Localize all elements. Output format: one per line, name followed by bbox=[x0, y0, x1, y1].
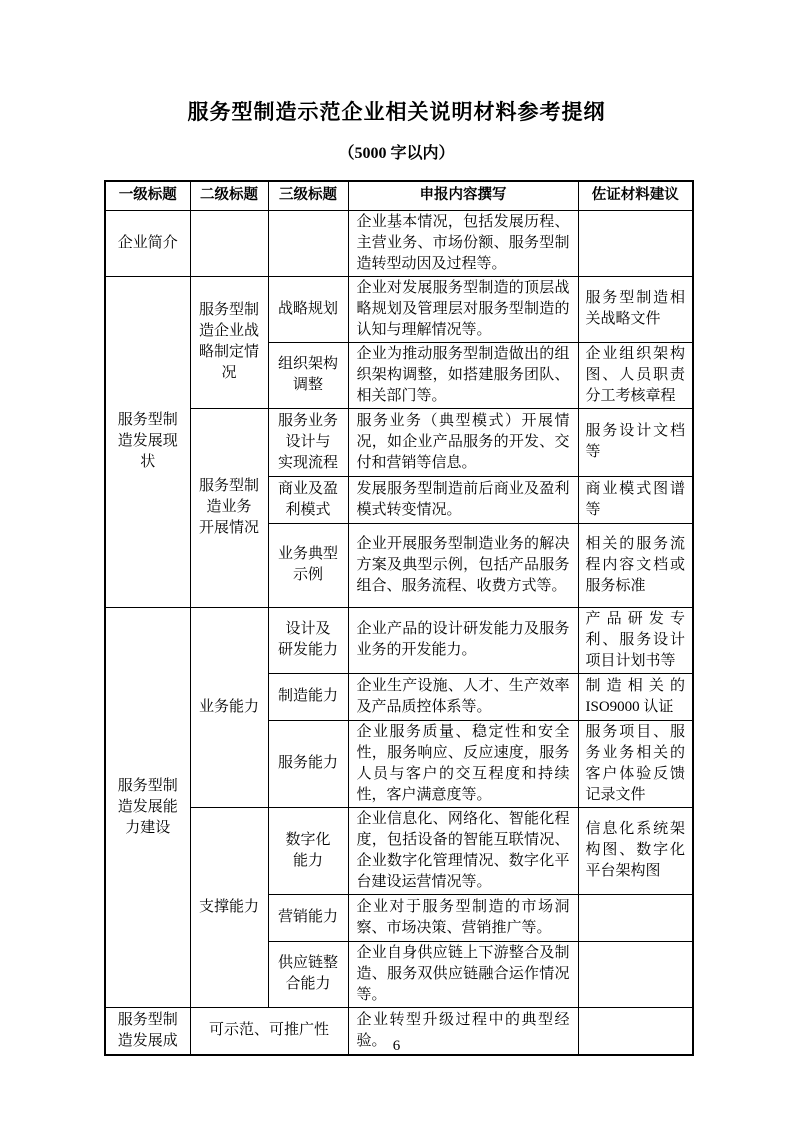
page-subtitle: （5000 字以内） bbox=[0, 143, 793, 164]
table-row: 服务型制 造业务 开展情况 服务业务 设计与 实现流程 服务业务（典型模式）开展… bbox=[105, 408, 693, 476]
document-page: 服务型制造示范企业相关说明材料参考提纲 （5000 字以内） 一级标题 二级标题… bbox=[0, 0, 793, 1122]
level1-cell: 服务型制 造发展现 状 bbox=[105, 276, 190, 607]
content-cell: 企业自身供应链上下游整合及制造、服务双供应链融合运作情况等。 bbox=[348, 941, 578, 1007]
content-cell: 企业服务质量、稳定性和安全性，服务响应、反应速度，服务人员与客户的交互程度和持续… bbox=[348, 720, 578, 807]
content-cell: 企业基本情况，包括发展历程、主营业务、市场份额、服务型制造转型动因及过程等。 bbox=[348, 210, 578, 276]
table-header-row: 一级标题 二级标题 三级标题 申报内容撰写 佐证材料建议 bbox=[105, 181, 693, 210]
evidence-cell bbox=[578, 941, 693, 1007]
evidence-cell: 服务型制造相关战略文件 bbox=[578, 276, 693, 342]
evidence-cell bbox=[578, 894, 693, 941]
evidence-cell bbox=[578, 210, 693, 276]
table-row: 企业简介 企业基本情况，包括发展历程、主营业务、市场份额、服务型制造转型动因及过… bbox=[105, 210, 693, 276]
content-cell: 企业生产设施、人才、生产效率及产品质控体系等。 bbox=[348, 673, 578, 720]
content-cell: 发展服务型制造前后商业及盈利模式转变情况。 bbox=[348, 476, 578, 523]
level2-cell: 服务型制 造业务 开展情况 bbox=[190, 408, 268, 607]
evidence-cell: 服务设计文档等 bbox=[578, 408, 693, 476]
content-cell: 企业产品的设计研发能力及服务业务的开发能力。 bbox=[348, 607, 578, 673]
level2-cell: 业务能力 bbox=[190, 607, 268, 807]
evidence-cell: 产品研发专利、服务设计项目计划书等 bbox=[578, 607, 693, 673]
content-cell: 企业对发展服务型制造的顶层战略规划及管理层对服务型制造的认知与理解情况等。 bbox=[348, 276, 578, 342]
level3-cell: 营销能力 bbox=[268, 894, 348, 941]
evidence-cell: 相关的服务流程内容文档或服务标准 bbox=[578, 523, 693, 607]
evidence-cell: 企业组织架构图、人员职责分工考核章程 bbox=[578, 342, 693, 408]
level3-cell bbox=[268, 210, 348, 276]
level3-cell: 商业及盈 利模式 bbox=[268, 476, 348, 523]
table-row: 服务型制 造发展能 力建设 业务能力 设计及 研发能力 企业产品的设计研发能力及… bbox=[105, 607, 693, 673]
content-cell: 企业信息化、网络化、智能化程度，包括设备的智能互联情况、企业数字化管理情况、数字… bbox=[348, 807, 578, 894]
header-level2: 二级标题 bbox=[190, 181, 268, 210]
level2-cell: 支撑能力 bbox=[190, 807, 268, 1007]
level1-cell: 企业简介 bbox=[105, 210, 190, 276]
level3-cell: 服务业务 设计与 实现流程 bbox=[268, 408, 348, 476]
level3-cell: 业务典型 示例 bbox=[268, 523, 348, 607]
header-evidence: 佐证材料建议 bbox=[578, 181, 693, 210]
evidence-cell: 商业模式图谱等 bbox=[578, 476, 693, 523]
level3-cell: 组织架构 调整 bbox=[268, 342, 348, 408]
header-level1: 一级标题 bbox=[105, 181, 190, 210]
level3-cell: 设计及 研发能力 bbox=[268, 607, 348, 673]
table-row: 服务型制 造发展现 状 服务型制 造企业战 略制定情 况 战略规划 企业对发展服… bbox=[105, 276, 693, 342]
level2-cell bbox=[190, 210, 268, 276]
level1-cell: 服务型制 造发展能 力建设 bbox=[105, 607, 190, 1007]
evidence-cell: 服务项目、服务业务相关的客户体验反馈记录文件 bbox=[578, 720, 693, 807]
table-row: 支撑能力 数字化 能力 企业信息化、网络化、智能化程度，包括设备的智能互联情况、… bbox=[105, 807, 693, 894]
level3-cell: 数字化 能力 bbox=[268, 807, 348, 894]
evidence-cell: 信息化系统架构图、数字化平台架构图 bbox=[578, 807, 693, 894]
content-cell: 服务业务（典型模式）开展情况，如企业产品服务的开发、交付和营销等信息。 bbox=[348, 408, 578, 476]
level3-cell: 服务能力 bbox=[268, 720, 348, 807]
content-cell: 企业对于服务型制造的市场洞察、市场决策、营销推广等。 bbox=[348, 894, 578, 941]
page-title: 服务型制造示范企业相关说明材料参考提纲 bbox=[0, 0, 793, 126]
document-table: 一级标题 二级标题 三级标题 申报内容撰写 佐证材料建议 企业简介 企业基本情况… bbox=[104, 180, 694, 1056]
content-cell: 企业开展服务型制造业务的解决方案及典型示例，包括产品服务组合、服务流程、收费方式… bbox=[348, 523, 578, 607]
header-level3: 三级标题 bbox=[268, 181, 348, 210]
content-cell: 企业为推动服务型制造做出的组织架构调整，如搭建服务团队、相关部门等。 bbox=[348, 342, 578, 408]
evidence-cell: 制造相关的ISO9000 认证 bbox=[578, 673, 693, 720]
page-number: 6 bbox=[0, 1038, 793, 1055]
level3-cell: 战略规划 bbox=[268, 276, 348, 342]
level2-cell: 服务型制 造企业战 略制定情 况 bbox=[190, 276, 268, 408]
level3-cell: 制造能力 bbox=[268, 673, 348, 720]
level3-cell: 供应链整 合能力 bbox=[268, 941, 348, 1007]
header-content: 申报内容撰写 bbox=[348, 181, 578, 210]
